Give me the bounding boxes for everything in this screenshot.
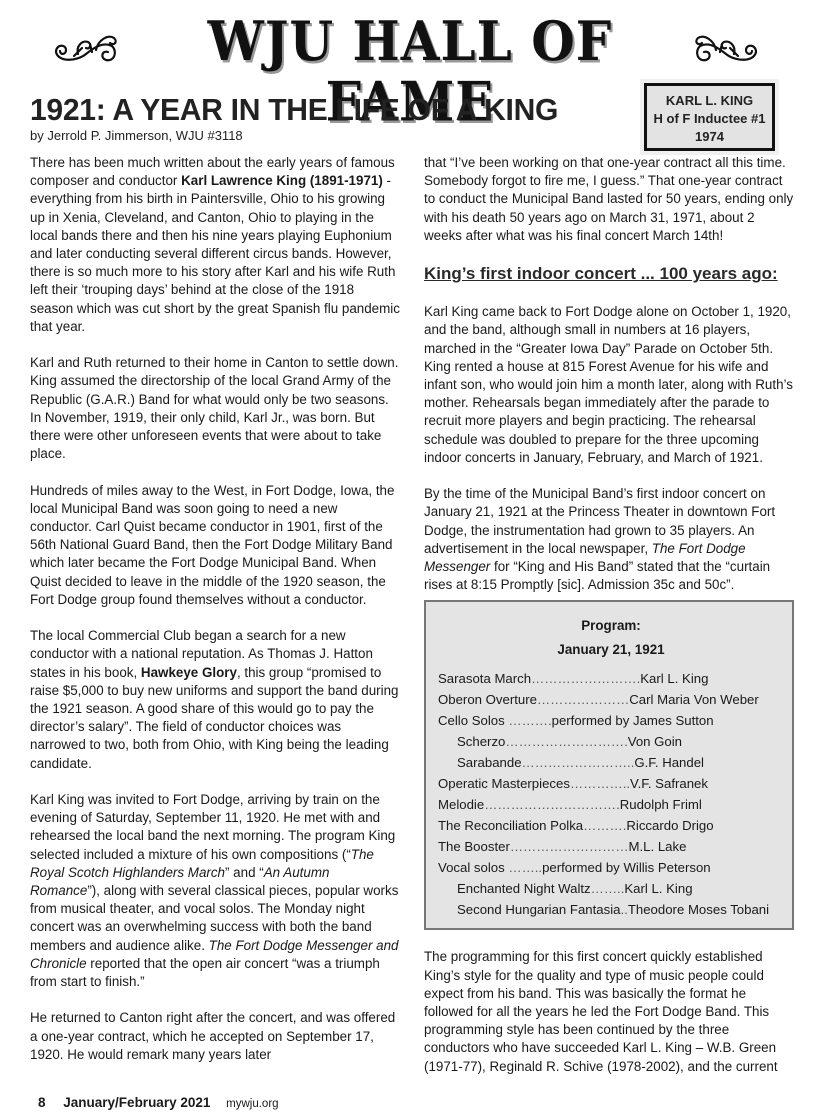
paragraph: By the time of the Municipal Band’s firs… xyxy=(424,485,794,594)
bold-name: Karl Lawrence King (1891-1971) xyxy=(181,173,383,188)
program-date: January 21, 1921 xyxy=(438,638,784,662)
left-column: There has been much written about the ea… xyxy=(30,154,400,1064)
program-title: Program: xyxy=(438,614,784,638)
inductee-number: H of F Inductee #1 xyxy=(647,110,772,128)
program-list: Sarasota March…………………….Karl L. King Ober… xyxy=(438,668,784,920)
right-column: that “I’ve been working on that one-year… xyxy=(424,154,794,1076)
program-item: Melodie………………………….Rudolph Friml xyxy=(438,794,784,815)
section-heading: King’s first indoor concert ... 100 year… xyxy=(424,263,794,285)
program-item: Cello Solos ……….performed by James Sutto… xyxy=(438,710,784,731)
program-item: Second Hungarian Fantasia..Theodore Mose… xyxy=(438,899,784,920)
masthead: WJU HALL OF FAME xyxy=(0,14,820,76)
concert-program-box: Program: January 21, 1921 Sarasota March… xyxy=(424,600,794,930)
paragraph: Hundreds of miles away to the West, in F… xyxy=(30,482,400,609)
inductee-name: KARL L. KING xyxy=(647,92,772,110)
program-item: Vocal solos ……..performed by Willis Pete… xyxy=(438,857,784,878)
book-title: Hawkeye Glory xyxy=(141,665,237,680)
website-url: mywju.org xyxy=(226,1098,278,1110)
program-item: Oberon Overture…………………Carl Maria Von Web… xyxy=(438,689,784,710)
inductee-year: 1974 xyxy=(647,128,772,146)
program-item: Scherzo……………………….Von Goin xyxy=(438,731,784,752)
inductee-box: KARL L. KING H of F Inductee #1 1974 xyxy=(644,83,775,151)
paragraph: that “I’ve been working on that one-year… xyxy=(424,154,794,245)
paragraph: Karl King came back to Fort Dodge alone … xyxy=(424,303,794,467)
paragraph: There has been much written about the ea… xyxy=(30,154,400,336)
program-item: Enchanted Night Waltz……..Karl L. King xyxy=(438,878,784,899)
paragraph: He returned to Canton right after the co… xyxy=(30,1009,400,1064)
program-item: Operatic Masterpieces…………..V.F. Safranek xyxy=(438,773,784,794)
paragraph: Karl King was invited to Fort Dodge, arr… xyxy=(30,791,400,991)
scroll-ornament-icon xyxy=(690,30,760,66)
scroll-ornament-icon xyxy=(52,30,122,66)
program-item: The Booster………………………M.L. Lake xyxy=(438,836,784,857)
article-byline: by Jerrold P. Jimmerson, WJU #3118 xyxy=(30,128,243,143)
paragraph: The local Commercial Club began a search… xyxy=(30,627,400,773)
page-number: 8 xyxy=(38,1095,46,1110)
program-item: Sarasota March…………………….Karl L. King xyxy=(438,668,784,689)
page-footer: 8 January/February 2021 mywju.org xyxy=(38,1095,279,1110)
paragraph: Karl and Ruth returned to their home in … xyxy=(30,354,400,463)
program-item: The Reconciliation Polka……….Riccardo Dri… xyxy=(438,815,784,836)
issue-date: January/February 2021 xyxy=(63,1095,210,1110)
paragraph: The programming for this first concert q… xyxy=(424,948,794,1075)
program-item: Sarabande……………………..G.F. Handel xyxy=(438,752,784,773)
article-headline: 1921: A YEAR IN THE LIFE OF A KING xyxy=(30,92,558,128)
